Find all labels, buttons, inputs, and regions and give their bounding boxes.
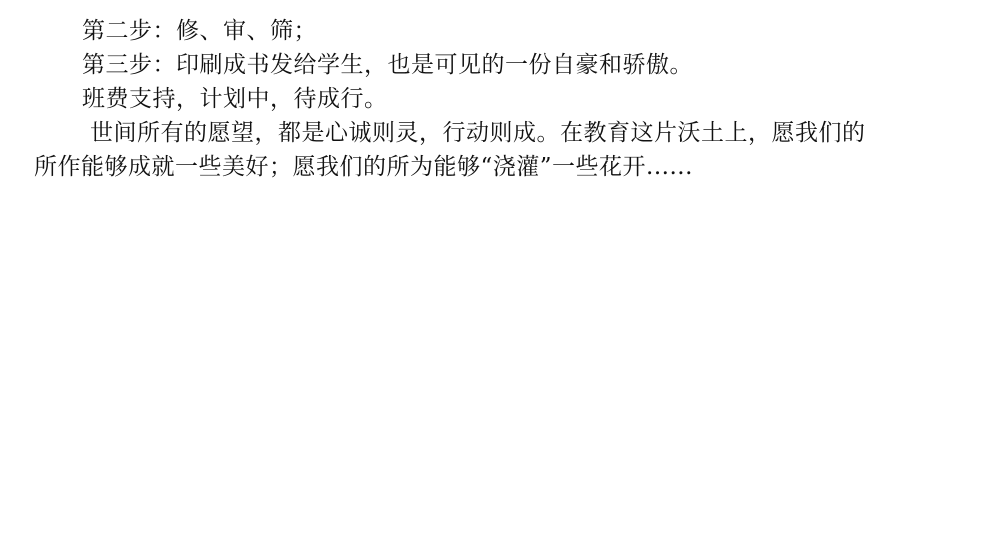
step-three-line: 第三步：印刷成书发给学生，也是可见的一份自豪和骄傲。	[34, 48, 964, 82]
step-two-line: 第二步：修、审、筛；	[34, 14, 964, 48]
document-page: 第二步：修、审、筛； 第三步：印刷成书发给学生，也是可见的一份自豪和骄傲。 班费…	[34, 14, 964, 184]
closing-paragraph-line-2: 所作能够成就一些美好；愿我们的所为能够“浇灌”一些花开......	[34, 150, 964, 184]
closing-paragraph-line-1: 世间所有的愿望，都是心诚则灵，行动则成。在教育这片沃土上，愿我们的	[34, 116, 964, 150]
class-fund-line: 班费支持，计划中，待成行。	[34, 82, 964, 116]
